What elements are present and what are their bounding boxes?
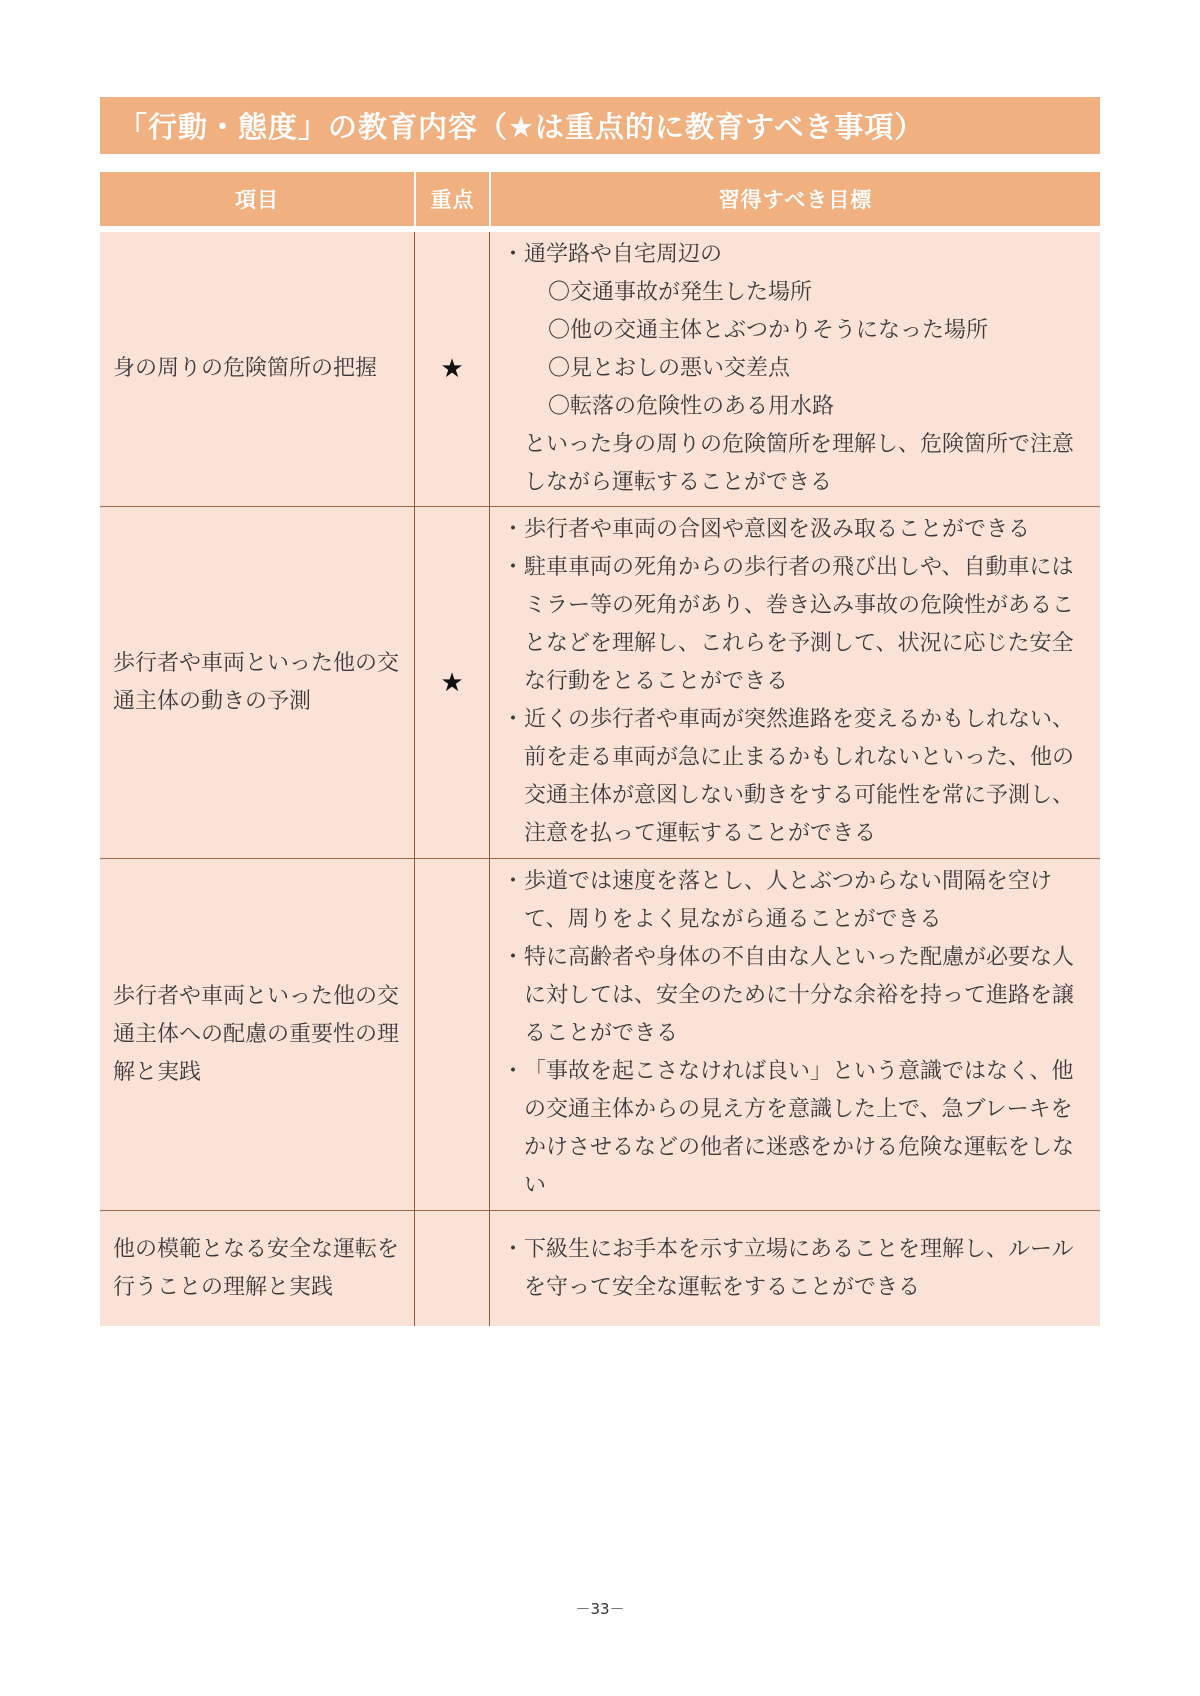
bullet-mark: ・ xyxy=(502,236,524,274)
goal-text: 歩行者や車両の合図や意図を汲み取ることができる xyxy=(524,511,1094,549)
bullet-mark: ・ xyxy=(502,701,524,853)
goal-bullet: ・ 歩行者や車両の合図や意図を汲み取ることができる xyxy=(502,511,1094,549)
goals-cell: ・ 通学路や自宅周辺の 〇交通事故が発生した場所 〇他の交通主体とぶつかりそうに… xyxy=(489,232,1100,507)
table-header-row: 項目 重点 習得すべき目標 xyxy=(100,172,1100,232)
goal-subitem: 〇見とおしの悪い交差点 xyxy=(502,350,1094,388)
table-row: 他の模範となる安全な運転を行うことの理解と実践 ・ 下級生にお手本を示す立場にあ… xyxy=(100,1211,1100,1326)
table-row: 身の周りの危険箇所の把握 ★ ・ 通学路や自宅周辺の 〇交通事故が発生した場所 … xyxy=(100,232,1100,507)
bullet-mark: ・ xyxy=(502,1231,524,1307)
goal-text: 「事故を起こさなければ良い」という意識ではなく、他の交通主体からの見え方を意識し… xyxy=(524,1053,1094,1205)
table-row: 歩行者や車両といった他の交通主体の動きの予測 ★ ・ 歩行者や車両の合図や意図を… xyxy=(100,507,1100,859)
goal-intro: 通学路や自宅周辺の xyxy=(524,236,1094,274)
item-cell: 身の周りの危険箇所の把握 xyxy=(100,232,414,507)
goal-text: 特に高齢者や身体の不自由な人といった配慮が必要な人に対しては、安全のために十分な… xyxy=(524,939,1094,1053)
goal-bullet: ・ 通学路や自宅周辺の xyxy=(502,236,1094,274)
bullet-mark: ・ xyxy=(502,511,524,549)
goal-bullet: ・ 特に高齢者や身体の不自由な人といった配慮が必要な人に対しては、安全のために十… xyxy=(502,939,1094,1053)
page-number: －33－ xyxy=(0,1598,1200,1619)
goal-text: 近くの歩行者や車両が突然進路を変えるかもしれない、前を走る車両が急に止まるかもし… xyxy=(524,701,1094,853)
priority-star-icon: ★ xyxy=(414,232,489,507)
goal-text: 下級生にお手本を示す立場にあることを理解し、ルールを守って安全な運転をすることが… xyxy=(524,1231,1094,1307)
goals-cell: ・ 下級生にお手本を示す立場にあることを理解し、ルールを守って安全な運転をするこ… xyxy=(489,1211,1100,1326)
bullet-mark: ・ xyxy=(502,1053,524,1205)
header-goals: 習得すべき目標 xyxy=(489,172,1100,232)
goals-cell: ・ 歩行者や車両の合図や意図を汲み取ることができる ・ 駐車車両の死角からの歩行… xyxy=(489,507,1100,859)
goal-bullet: ・ 歩道では速度を落とし、人とぶつからない間隔を空けて、周りをよく見ながら通るこ… xyxy=(502,863,1094,939)
goal-bullet: ・ 「事故を起こさなければ良い」という意識ではなく、他の交通主体からの見え方を意… xyxy=(502,1053,1094,1205)
bullet-mark: ・ xyxy=(502,549,524,701)
goal-conclusion: といった身の周りの危険箇所を理解し、危険箇所で注意しながら運転することができる xyxy=(502,426,1094,502)
education-content-table: 項目 重点 習得すべき目標 身の周りの危険箇所の把握 ★ ・ 通学路や自宅周辺の… xyxy=(100,172,1100,1326)
item-cell: 他の模範となる安全な運転を行うことの理解と実践 xyxy=(100,1211,414,1326)
priority-cell xyxy=(414,859,489,1211)
goal-subitem: 〇交通事故が発生した場所 xyxy=(502,274,1094,312)
goals-cell: ・ 歩道では速度を落とし、人とぶつからない間隔を空けて、周りをよく見ながら通るこ… xyxy=(489,859,1100,1211)
goal-text: 歩道では速度を落とし、人とぶつからない間隔を空けて、周りをよく見ながら通ることが… xyxy=(524,863,1094,939)
goal-bullet: ・ 駐車車両の死角からの歩行者の飛び出しや、自動車にはミラー等の死角があり、巻き… xyxy=(502,549,1094,701)
header-priority: 重点 xyxy=(414,172,489,232)
goal-subitem: 〇転落の危険性のある用水路 xyxy=(502,388,1094,426)
goal-bullet: ・ 近くの歩行者や車両が突然進路を変えるかもしれない、前を走る車両が急に止まるか… xyxy=(502,701,1094,853)
item-cell: 歩行者や車両といった他の交通主体の動きの予測 xyxy=(100,507,414,859)
goal-bullet: ・ 下級生にお手本を示す立場にあることを理解し、ルールを守って安全な運転をするこ… xyxy=(502,1231,1094,1307)
bullet-mark: ・ xyxy=(502,939,524,1053)
section-title: 「行動・態度」の教育内容（★は重点的に教育すべき事項） xyxy=(100,97,1100,154)
bullet-mark: ・ xyxy=(502,863,524,939)
header-item: 項目 xyxy=(100,172,414,232)
item-cell: 歩行者や車両といった他の交通主体への配慮の重要性の理解と実践 xyxy=(100,859,414,1211)
priority-cell xyxy=(414,1211,489,1326)
table-row: 歩行者や車両といった他の交通主体への配慮の重要性の理解と実践 ・ 歩道では速度を… xyxy=(100,859,1100,1211)
goal-text: 駐車車両の死角からの歩行者の飛び出しや、自動車にはミラー等の死角があり、巻き込み… xyxy=(524,549,1094,701)
priority-star-icon: ★ xyxy=(414,507,489,859)
goal-subitem: 〇他の交通主体とぶつかりそうになった場所 xyxy=(502,312,1094,350)
